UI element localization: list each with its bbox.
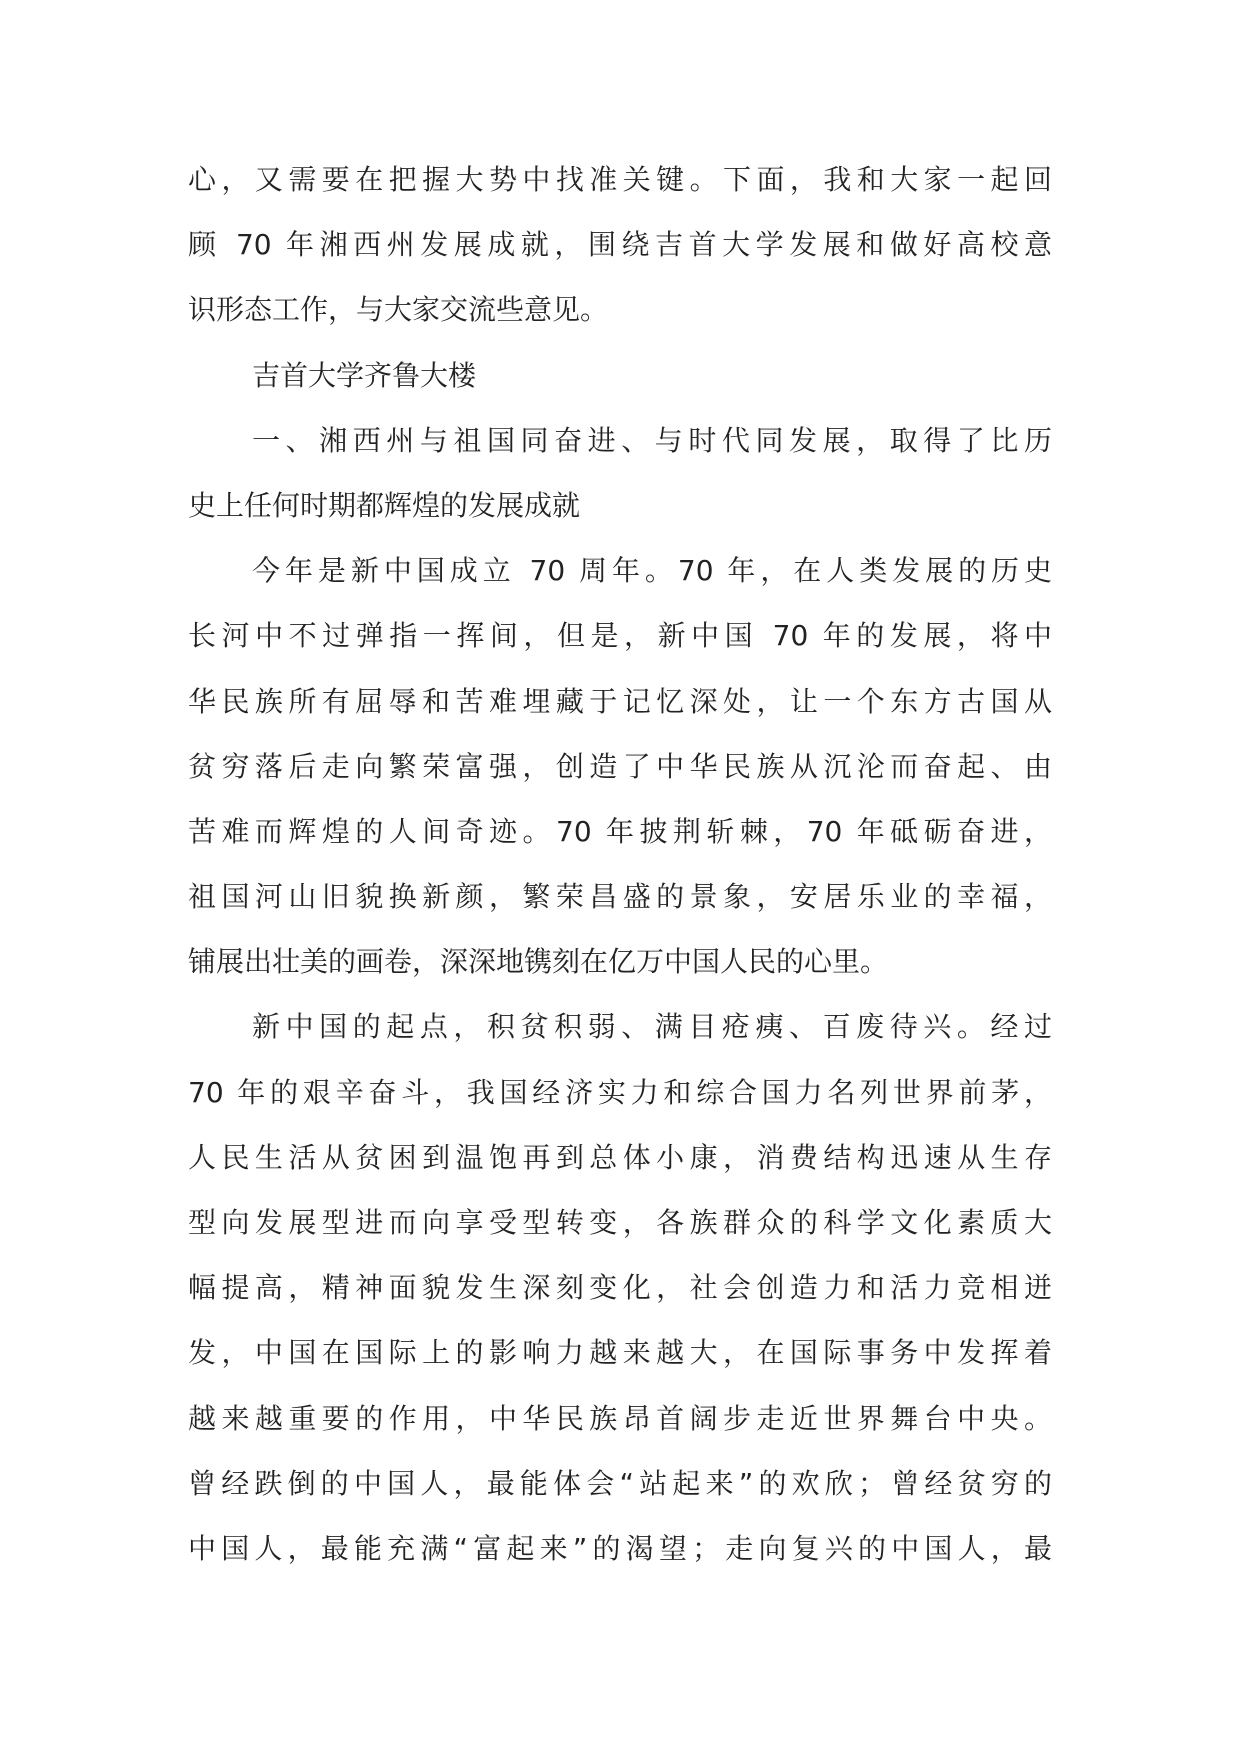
text-line: 贫穷落后走向繁荣富强，创造了中华民族从沉沦而奋起、由 — [188, 747, 1052, 812]
text-line: 长河中不过弹指一挥间，但是，新中国 70 年的发展，将中 — [188, 616, 1052, 681]
text-line: 祖国河山旧貌换新颜，繁荣昌盛的景象，安居乐业的幸福， — [188, 877, 1052, 942]
text-line: 70 年的艰辛奋斗，我国经济实力和综合国力名列世界前茅， — [188, 1073, 1052, 1138]
text-line: 幅提高，精神面貌发生深刻变化，社会创造力和活力竞相迸 — [188, 1268, 1052, 1333]
text-line: 型向发展型进而向享受型转变，各族群众的科学文化素质大 — [188, 1203, 1052, 1268]
document-page: 心，又需要在把握大势中找准关键。下面，我和大家一起回 顾 70 年湘西州发展成就… — [0, 0, 1241, 1755]
document-body: 心，又需要在把握大势中找准关键。下面，我和大家一起回 顾 70 年湘西州发展成就… — [188, 160, 1052, 1594]
text-line: 发，中国在国际上的影响力越来越大，在国际事务中发挥着 — [188, 1333, 1052, 1398]
text-line: 新中国的起点，积贫积弱、满目疮痍、百废待兴。经过 — [188, 1007, 1052, 1072]
text-line: 越来越重要的作用，中华民族昂首阔步走近世界舞台中央。 — [188, 1399, 1052, 1464]
text-line: 铺展出壮美的画卷，深深地镌刻在亿万中国人民的心里。 — [188, 942, 1052, 1007]
text-line: 华民族所有屈辱和苦难埋藏于记忆深处，让一个东方古国从 — [188, 682, 1052, 747]
image-caption: 吉首大学齐鲁大楼 — [188, 356, 1052, 421]
text-line: 曾经跌倒的中国人，最能体会“站起来”的欢欣；曾经贫穷的 — [188, 1464, 1052, 1529]
text-line: 今年是新中国成立 70 周年。70 年，在人类发展的历史 — [188, 551, 1052, 616]
text-line: 中国人，最能充满“富起来”的渴望；走向复兴的中国人，最 — [188, 1529, 1052, 1594]
text-line: 心，又需要在把握大势中找准关键。下面，我和大家一起回 — [188, 160, 1052, 225]
text-line: 识形态工作，与大家交流些意见。 — [188, 290, 1052, 355]
section-heading: 一、湘西州与祖国同奋进、与时代同发展，取得了比历 — [188, 421, 1052, 486]
text-line: 顾 70 年湘西州发展成就，围绕吉首大学发展和做好高校意 — [188, 225, 1052, 290]
text-line: 苦难而辉煌的人间奇迹。70 年披荆斩棘，70 年砥砺奋进， — [188, 812, 1052, 877]
text-line: 人民生活从贫困到温饱再到总体小康，消费结构迅速从生存 — [188, 1138, 1052, 1203]
section-heading: 史上任何时期都辉煌的发展成就 — [188, 486, 1052, 551]
